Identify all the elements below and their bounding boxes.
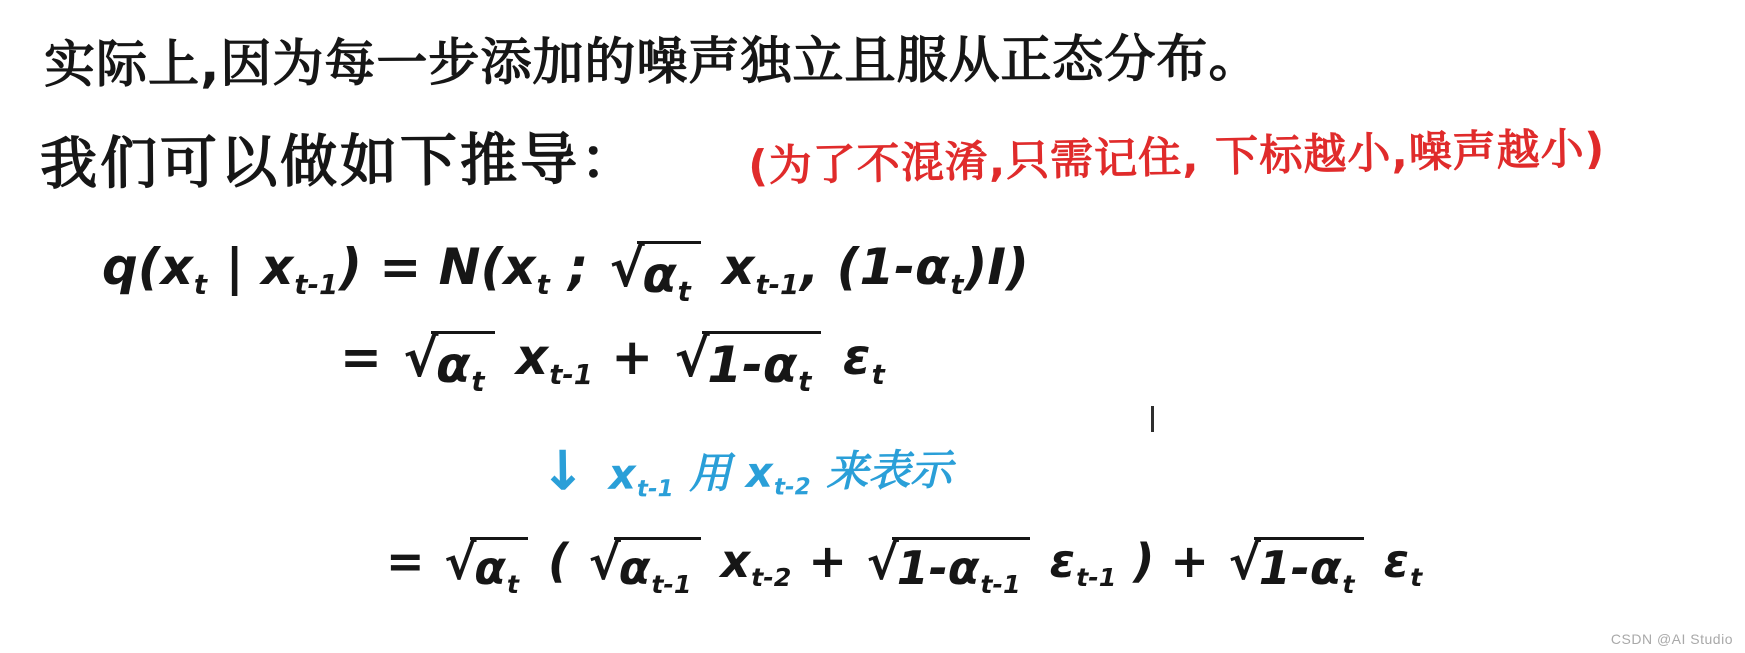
handwritten-note-canvas: 实际上,因为每一步添加的噪声独立且服从正态分布。 我们可以做如下推导： (为了不… <box>0 0 1745 653</box>
csdn-watermark: CSDN @AI Studio <box>1611 631 1733 647</box>
note-line-noise-distribution: 实际上,因为每一步添加的噪声独立且服从正态分布。 <box>44 17 1261 97</box>
equation-reparameterization: = √αt xt-1 + √1-αt εt <box>340 328 886 398</box>
sqrt-radical: √1-αt <box>1229 537 1364 599</box>
sqrt-radical: √αt <box>403 331 494 398</box>
sqrt-radical: √αt <box>610 241 701 308</box>
down-arrow-icon: ↓ <box>540 438 587 503</box>
sqrt-radical: √αt <box>444 537 528 599</box>
red-annotation-subscript-rule: (为了不混淆,只需记住, 下标越小,噪声越小) <box>747 115 1605 194</box>
note-line-derivation-intro: 我们可以做如下推导： <box>40 113 641 200</box>
equation-expanded-two-steps: = √αt ( √αt-1 xt-2 + √1-αt-1 εt-1 ) + √1… <box>386 534 1423 599</box>
sqrt-radical: √αt-1 <box>589 537 701 599</box>
equation-forward-gaussian: q(xt | xt-1) = N(xt ; √αt xt-1, (1-αt)I) <box>102 238 1029 308</box>
sqrt-radical: √1-αt-1 <box>867 537 1030 599</box>
sqrt-radical: √1-αt <box>675 331 822 398</box>
text-cursor <box>1151 406 1154 432</box>
blue-annotation-substitution: ↓ xt-1 用 xt-2 来表示 <box>540 433 953 504</box>
